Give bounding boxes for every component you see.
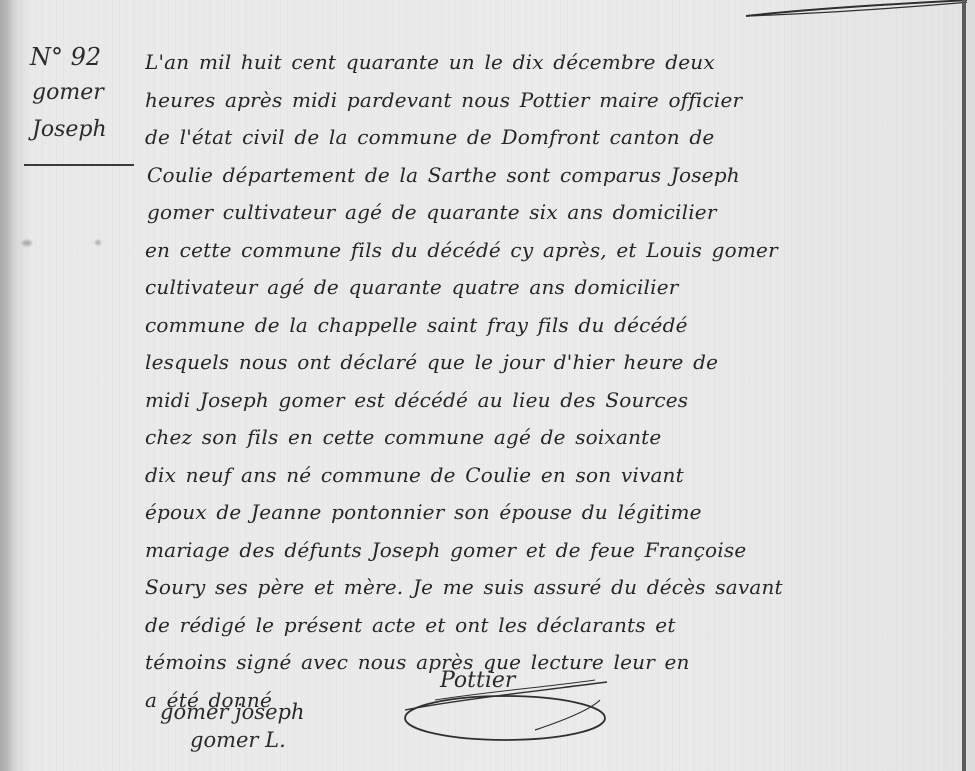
record-line: Coulie département de la Sarthe sont com… [145, 157, 960, 195]
record-line: gomer cultivateur agé de quarante six an… [145, 194, 960, 232]
ink-smudge [95, 240, 101, 245]
record-line: commune de la chappelle saint fray fils … [145, 307, 960, 345]
margin-note: N° 92 gomer Joseph [30, 40, 140, 148]
entry-number: N° 92 [30, 40, 140, 74]
top-flourish-stroke [740, 0, 975, 20]
declarant-signatures: gomer joseph gomer L. [160, 698, 304, 754]
record-line: midi Joseph gomer est décédé au lieu des… [145, 382, 960, 420]
record-line: L'an mil huit cent quarante un le dix dé… [145, 44, 960, 82]
record-line: dix neuf ans né commune de Coulie en son… [145, 457, 960, 495]
record-line: de l'état civil de la commune de Domfron… [145, 119, 960, 157]
record-line: en cette commune fils du décédé cy après… [145, 232, 960, 270]
record-line: chez son fils en cette commune agé de so… [145, 419, 960, 457]
signature-declarant-1: gomer joseph [160, 698, 304, 726]
document-page: N° 92 gomer Joseph L'an mil huit cent qu… [0, 0, 975, 771]
record-line: mariage des défunts Joseph gomer et de f… [145, 532, 960, 570]
page-right-margin [967, 0, 975, 771]
mayor-signature: Pottier [395, 660, 610, 750]
ink-smudge [22, 240, 32, 246]
mayor-signature-name: Pottier [440, 668, 515, 693]
page-right-rule [962, 0, 966, 771]
record-body: L'an mil huit cent quarante un le dix dé… [145, 44, 960, 719]
record-line: cultivateur agé de quarante quatre ans d… [145, 269, 960, 307]
record-line: lesquels nous ont déclaré que le jour d'… [145, 344, 960, 382]
page-binding-shadow [0, 0, 14, 771]
record-line: époux de Jeanne pontonnier son épouse du… [145, 494, 960, 532]
record-line: Soury ses père et mère. Je me suis assur… [145, 569, 960, 607]
margin-divider [24, 164, 134, 166]
record-line: heures après midi pardevant nous Pottier… [145, 82, 960, 120]
margin-given-name: Joseph [30, 111, 140, 148]
margin-surname: gomer [30, 74, 140, 111]
record-line: de rédigé le présent acte et ont les déc… [145, 607, 960, 645]
signature-declarant-2: gomer L. [160, 726, 304, 754]
